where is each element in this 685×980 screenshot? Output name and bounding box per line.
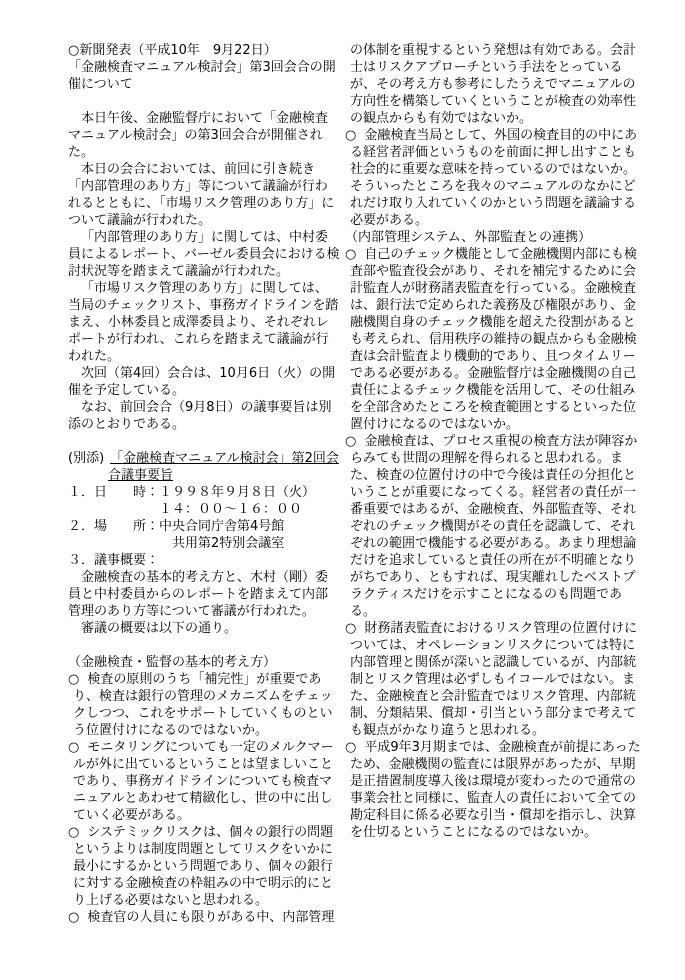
circle-bullet-marker: ○	[68, 825, 79, 840]
bullet-text: 財務諸表監査におけるリスク管理の位置付けについては、オペレーションリスクについて…	[350, 621, 637, 738]
bullet-item: ○モニタリングについても一定のメルクマールが外に出ているということは望ましいこと…	[68, 739, 340, 824]
attachment-label: (別添)	[68, 451, 104, 466]
document-page: ○新聞発表（平成10年 9月22日） 「金融検査マニュアル検討会」第3回会合の開…	[0, 0, 685, 980]
circle-bullet-marker: ○	[345, 434, 356, 449]
circle-bullet-marker: ○	[68, 740, 79, 755]
paragraph: 次回（第4回）会合は、10月6日（火）の開催を予定している。	[68, 365, 340, 399]
paragraph: なお、前回会合（9月8日）の議事要旨は別添のとおりである。	[68, 399, 340, 433]
bullet-item: ○検査官の人員にも限りがある中、内部管理	[68, 909, 340, 926]
attachment-title: 「金融検査マニュアル検討会」第2回会合議事要旨	[108, 451, 339, 483]
paragraph: 本日午後、金融監督庁において「金融検査マニュアル検討会」の第3回会合が開催された…	[68, 110, 340, 161]
bullet-text: 平成9年3月期までは、金融検査が前提にあったため、金融機関の監査には限界があった…	[350, 740, 641, 840]
circle-bullet-marker: ○	[345, 247, 356, 262]
bullet-item: ○財務諸表監査におけるリスク管理の位置付けについては、オペレーションリスクについ…	[345, 620, 647, 739]
bullet-item: ○金融検査は、プロセス重視の検査方法が陣容からみても世間の理解を得られると思われ…	[345, 433, 647, 620]
meeting-info-line: ２．場 所：中央合同庁舎第4号館	[68, 518, 340, 535]
two-column-layout: ○新聞発表（平成10年 9月22日） 「金融検査マニュアル検討会」第3回会合の開…	[0, 0, 685, 926]
paragraph: 本日の会合においては、前回に引き続き「内部管理のあり方」等について議論が行われる…	[68, 161, 340, 229]
bullet-item: ○自己のチェック機能として金融機関内部にも検査部や監査役会があり、それを補完する…	[345, 246, 647, 433]
press-release-line: ○新聞発表（平成10年 9月22日）	[68, 42, 340, 59]
attachment-heading: (別添)「金融検査マニュアル検討会」第2回会合議事要旨	[68, 450, 340, 484]
spacer	[68, 93, 340, 110]
bullet-text: 金融検査は、プロセス重視の検査方法が陣容からみても世間の理解を得られると思われる…	[350, 434, 637, 619]
bullet-text: 自己のチェック機能として金融機関内部にも検査部や監査役会があり、それを補完するた…	[350, 247, 637, 432]
paragraph: 金融検査の基本的考え方と、木村（剛）委員と中村委員からのレポートを踏まえて内部管…	[68, 569, 340, 620]
bullet-text: 検査官の人員にも限りがある中、内部管理	[87, 910, 334, 925]
circle-bullet-marker: ○	[345, 128, 356, 143]
press-release-title: 「金融検査マニュアル検討会」第3回会合の開催について	[68, 59, 340, 93]
bullet-item: ○平成9年3月期までは、金融検査が前提にあったため、金融機関の監査には限界があっ…	[345, 739, 647, 841]
bullet-item: ○システミックリスクは、個々の銀行の問題というよりは制度問題としてリスクをいかに…	[68, 824, 340, 909]
left-column: ○新聞発表（平成10年 9月22日） 「金融検査マニュアル検討会」第3回会合の開…	[68, 42, 340, 926]
bullet-text: システミックリスクは、個々の銀行の問題というよりは制度問題としてリスクをいかに最…	[73, 825, 333, 908]
paragraph: 審議の概要は以下の通り。	[68, 620, 340, 637]
meeting-info-line: ３．議事概要：	[68, 552, 340, 569]
circle-bullet-marker: ○	[68, 672, 79, 687]
right-column: の体制を重視するという発想は有効である。会計士はリスクアプローチという手法をとっ…	[345, 42, 647, 926]
bullet-text: モニタリングについても一定のメルクマールが外に出ているということは望ましいことで…	[73, 740, 334, 823]
meeting-info-line: １４：００～１６：００	[68, 501, 340, 518]
spacer	[68, 433, 340, 450]
paragraph: 「内部管理のあり方」に関しては、中村委員によるレポート、バーゼル委員会における検…	[68, 229, 340, 280]
bullet-text: 検査の原則のうち「補完性」が重要であり、検査は銀行の管理のメカニズムをチェックし…	[73, 672, 333, 738]
bullet-item: ○金融検査当局として、外国の検査目的の中にある経営者評価というものを前面に押し出…	[345, 127, 647, 229]
bullet-text: 金融検査当局として、外国の検査目的の中にある経営者評価というものを前面に押し出す…	[350, 128, 637, 228]
circle-bullet-marker: ○	[68, 910, 79, 925]
meeting-info-line: 共用第2特別会議室	[68, 535, 340, 552]
spacer	[68, 637, 340, 654]
meeting-info-line: １．日 時：１９９８年９月８日（火）	[68, 484, 340, 501]
bullet-item: ○検査の原則のうち「補完性」が重要であり、検査は銀行の管理のメカニズムをチェック…	[68, 671, 340, 739]
continuation-paragraph: の体制を重視するという発想は有効である。会計士はリスクアプローチという手法をとっ…	[350, 42, 647, 127]
circle-bullet-marker: ○	[345, 740, 356, 755]
section-heading: （金融検査・監督の基本的考え方）	[68, 654, 340, 671]
section-heading: （内部管理システム、外部監査との連携）	[345, 229, 647, 246]
paragraph: 「市場リスク管理のあり方」に関しては、当局のチェックリスト、事務ガイドラインを踏…	[68, 280, 340, 365]
circle-bullet-marker: ○	[345, 621, 356, 636]
